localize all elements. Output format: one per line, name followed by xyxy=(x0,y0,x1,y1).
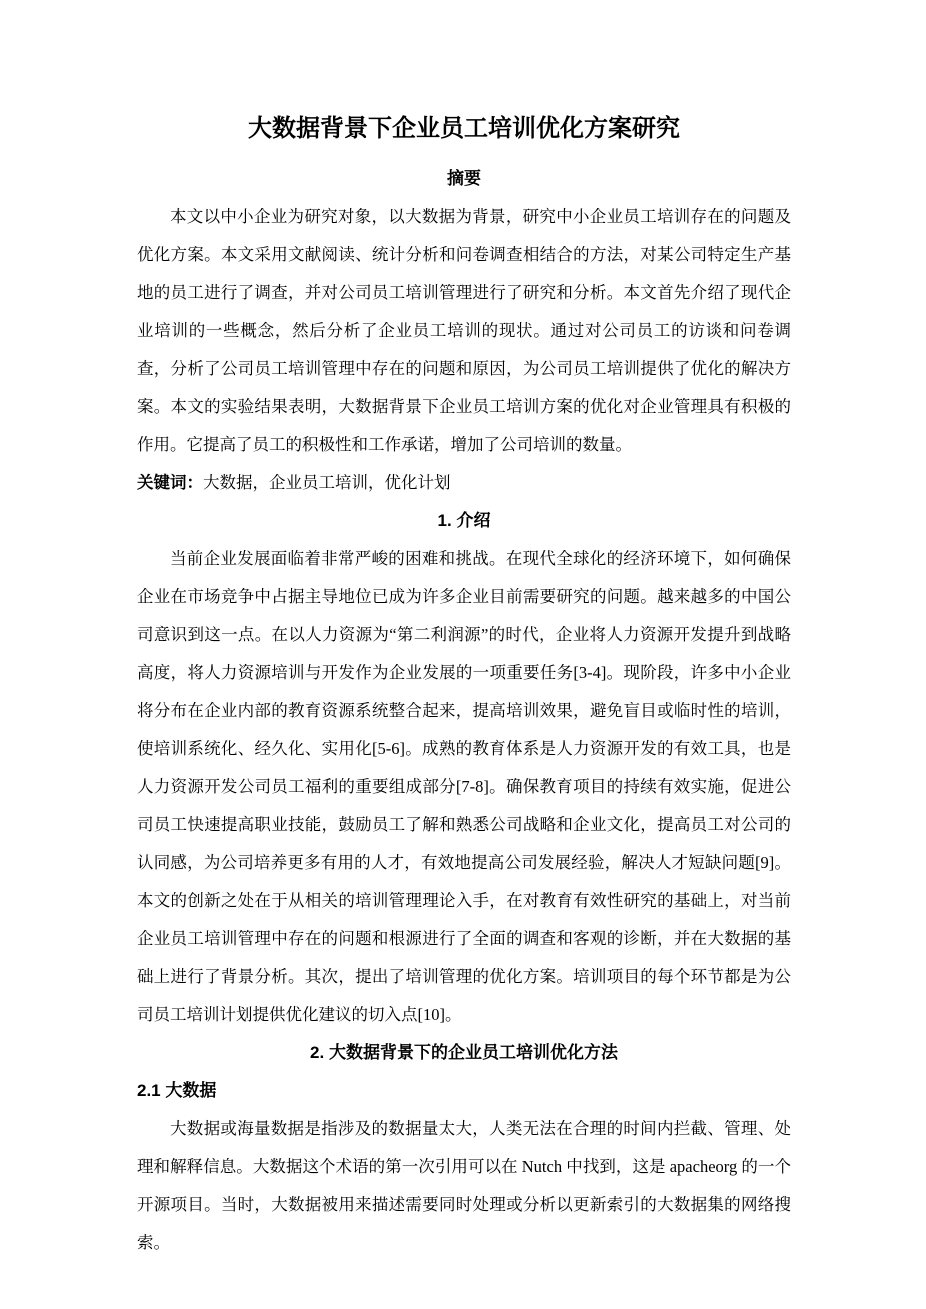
abstract-paragraph: 本文以中小企业为研究对象，以大数据为背景，研究中小企业员工培训存在的问题及优化方… xyxy=(137,198,791,464)
section-heading-methods: 2. 大数据背景下的企业员工培训优化方法 xyxy=(137,1034,791,1072)
document-page: 大数据背景下企业员工培训优化方案研究 摘要 本文以中小企业为研究对象，以大数据为… xyxy=(0,0,926,1309)
introduction-paragraph: 当前企业发展面临着非常严峻的困难和挑战。在现代全球化的经济环境下，如何确保企业在… xyxy=(137,540,791,1034)
keywords-line: 关键词：大数据，企业员工培训，优化计划 xyxy=(137,464,791,502)
big-data-paragraph: 大数据或海量数据是指涉及的数据量太大，人类无法在合理的时间内拦截、管理、处理和解… xyxy=(137,1110,791,1262)
keywords-label: 关键词： xyxy=(137,474,203,492)
abstract-heading: 摘要 xyxy=(137,160,791,198)
paper-title: 大数据背景下企业员工培训优化方案研究 xyxy=(137,112,791,146)
section-heading-introduction: 1. 介绍 xyxy=(137,502,791,540)
keywords-text: 大数据，企业员工培训，优化计划 xyxy=(203,473,451,492)
subsection-heading-big-data: 2.1 大数据 xyxy=(137,1072,791,1110)
